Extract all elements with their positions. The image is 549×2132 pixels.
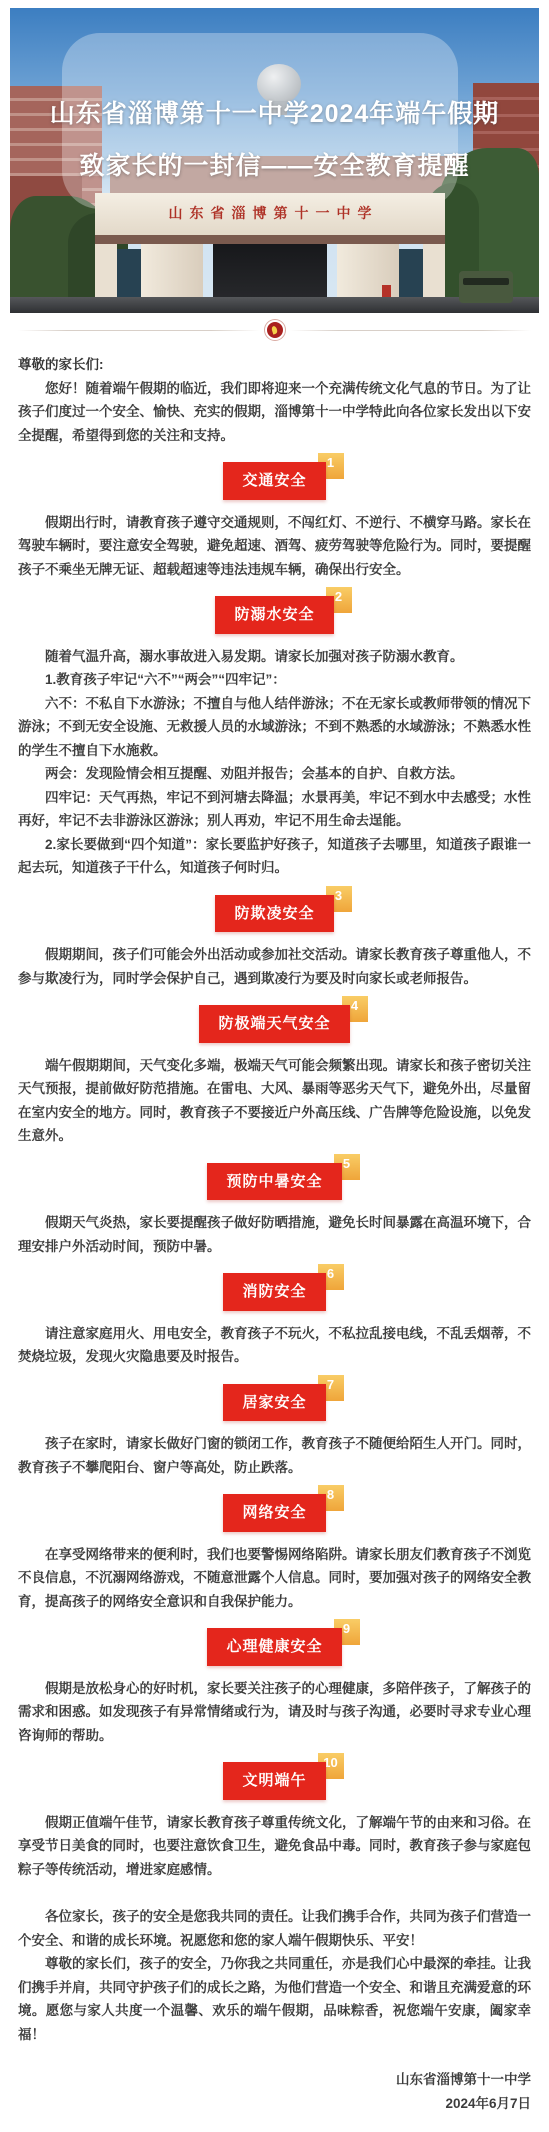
section-paragraph: 2.家长要做到“四个知道”：家长要监护好孩子，知道孩子去哪里，知道孩子跟谁一起去… [18, 833, 531, 880]
bus-windows [463, 278, 509, 285]
school-gate: 山东省淄博第十一中学 [95, 193, 445, 313]
divider-line-right [290, 330, 532, 331]
section-badge-internet: 8 网络安全 [18, 1494, 531, 1532]
section-paragraph: 在享受网络带来的便利时，我们也要警惕网络陷阱。请家长朋友们教育孩子不浏览不良信息… [18, 1543, 531, 1614]
signature-school: 山东省淄博第十一中学 [18, 2068, 531, 2092]
section-badge-civilized-festival: 10 文明端午 [18, 1762, 531, 1800]
section-badge-heatstroke: 5 预防中暑安全 [18, 1163, 531, 1201]
section-badge-mental-health: 9 心理健康安全 [18, 1628, 531, 1666]
section-title: 文明端午 [223, 1762, 325, 1800]
section-title: 网络安全 [223, 1494, 325, 1532]
section-paragraph: 孩子在家时，请家长做好门窗的锁闭工作，教育孩子不随便给陌生人开门。同时，教育孩子… [18, 1432, 531, 1479]
intro-paragraph: 您好！随着端午假期的临近，我们即将迎来一个充满传统文化气息的节日。为了让孩子们度… [18, 377, 531, 448]
letter-body: 尊敬的家长们: 您好！随着端午假期的临近，我们即将迎来一个充满传统文化气息的节日… [0, 353, 549, 2046]
section-title: 交通安全 [223, 462, 325, 500]
gate-band [95, 235, 445, 244]
closing-paragraph: 各位家长，孩子的安全是您我共同的责任。让我们携手合作，共同为孩子们营造一个安全、… [18, 1905, 531, 1952]
page-title: 山东省淄博第十一中学2024年端午假期 致家长的一封信——安全教育提醒 [10, 94, 539, 182]
salutation: 尊敬的家长们: [18, 353, 531, 377]
section-badge-bullying: 3 防欺凌安全 [18, 895, 531, 933]
gate-face: 山东省淄博第十一中学 [95, 193, 445, 235]
bus [459, 271, 513, 303]
gate-sign-text: 山东省淄博第十一中学 [95, 193, 445, 235]
section-title: 防溺水安全 [215, 596, 333, 634]
section-title: 消防安全 [223, 1273, 325, 1311]
section-title: 防极端天气安全 [199, 1005, 349, 1043]
section-badge-drowning: 2 防溺水安全 [18, 596, 531, 634]
section-title: 预防中暑安全 [207, 1163, 341, 1201]
section-paragraph: 假期正值端午佳节，请家长教育孩子尊重传统文化，了解端午节的由来和习俗。在享受节日… [18, 1811, 531, 1882]
divider-line-left [18, 330, 260, 331]
school-emblem-icon [265, 320, 285, 340]
letter-page: 山东省淄博第十一中学 山东省淄博第十一中学2024年端午假期 致家长的一封信——… [0, 8, 549, 2132]
signature-date: 2024年6月7日 [18, 2092, 531, 2116]
section-paragraph: 六不：不私自下水游泳；不擅自与他人结伴游泳；不在无家长或教师带领的情况下游泳；不… [18, 692, 531, 763]
section-paragraph: 四牢记：天气再热，牢记不到河塘去降温；水景再美，牢记不到水中去感受；水性再好，牢… [18, 786, 531, 833]
section-paragraph: 假期天气炎热，家长要提醒孩子做好防晒措施，避免长时间暴露在高温环境下，合理安排户… [18, 1211, 531, 1258]
section-title: 居家安全 [223, 1384, 325, 1422]
signature-block: 山东省淄博第十一中学 2024年6月7日 [0, 2068, 549, 2132]
closing-paragraph: 尊敬的家长们，孩子的安全，乃你我之共同重任，亦是我们心中最深的牵挂。让我们携手并… [18, 1952, 531, 2046]
section-paragraph: 随着气温升高，溺水事故进入易发期。请家长加强对孩子防溺水教育。 [18, 645, 531, 669]
section-paragraph: 假期是放松身心的好时机，家长要关注孩子的心理健康，多陪伴孩子，了解孩子的需求和困… [18, 1677, 531, 1748]
section-title: 防欺凌安全 [215, 895, 333, 933]
section-badge-home: 7 居家安全 [18, 1384, 531, 1422]
page-title-line2: 致家长的一封信——安全教育提醒 [10, 146, 539, 182]
section-paragraph: 端午假期期间，天气变化多端，极端天气可能会频繁出现。请家长和孩子密切关注天气预报… [18, 1054, 531, 1148]
page-title-line1: 山东省淄博第十一中学2024年端午假期 [10, 94, 539, 130]
school-photo: 山东省淄博第十一中学 山东省淄博第十一中学2024年端午假期 致家长的一封信——… [10, 8, 539, 313]
section-title: 心理健康安全 [207, 1628, 341, 1666]
section-paragraph: 1.教育孩子牢记“六不”“两会”“四牢记”： [18, 668, 531, 692]
divider [18, 315, 531, 345]
section-badge-fire: 6 消防安全 [18, 1273, 531, 1311]
section-paragraph: 假期期间，孩子们可能会外出活动或参加社交活动。请家长教育孩子尊重他人，不参与欺凌… [18, 943, 531, 990]
section-paragraph: 假期出行时，请教育孩子遵守交通规则，不闯红灯、不逆行、不横穿马路。家长在驾驶车辆… [18, 511, 531, 582]
section-badge-traffic: 1 交通安全 [18, 462, 531, 500]
section-paragraph: 两会：发现险情会相互提醒、劝阻并报告；会基本的自护、自救方法。 [18, 762, 531, 786]
section-badge-extreme-weather: 4 防极端天气安全 [18, 1005, 531, 1043]
section-paragraph: 请注意家庭用火、用电安全，教育孩子不玩火，不私拉乱接电线，不乱丢烟蒂，不焚烧垃圾… [18, 1322, 531, 1369]
